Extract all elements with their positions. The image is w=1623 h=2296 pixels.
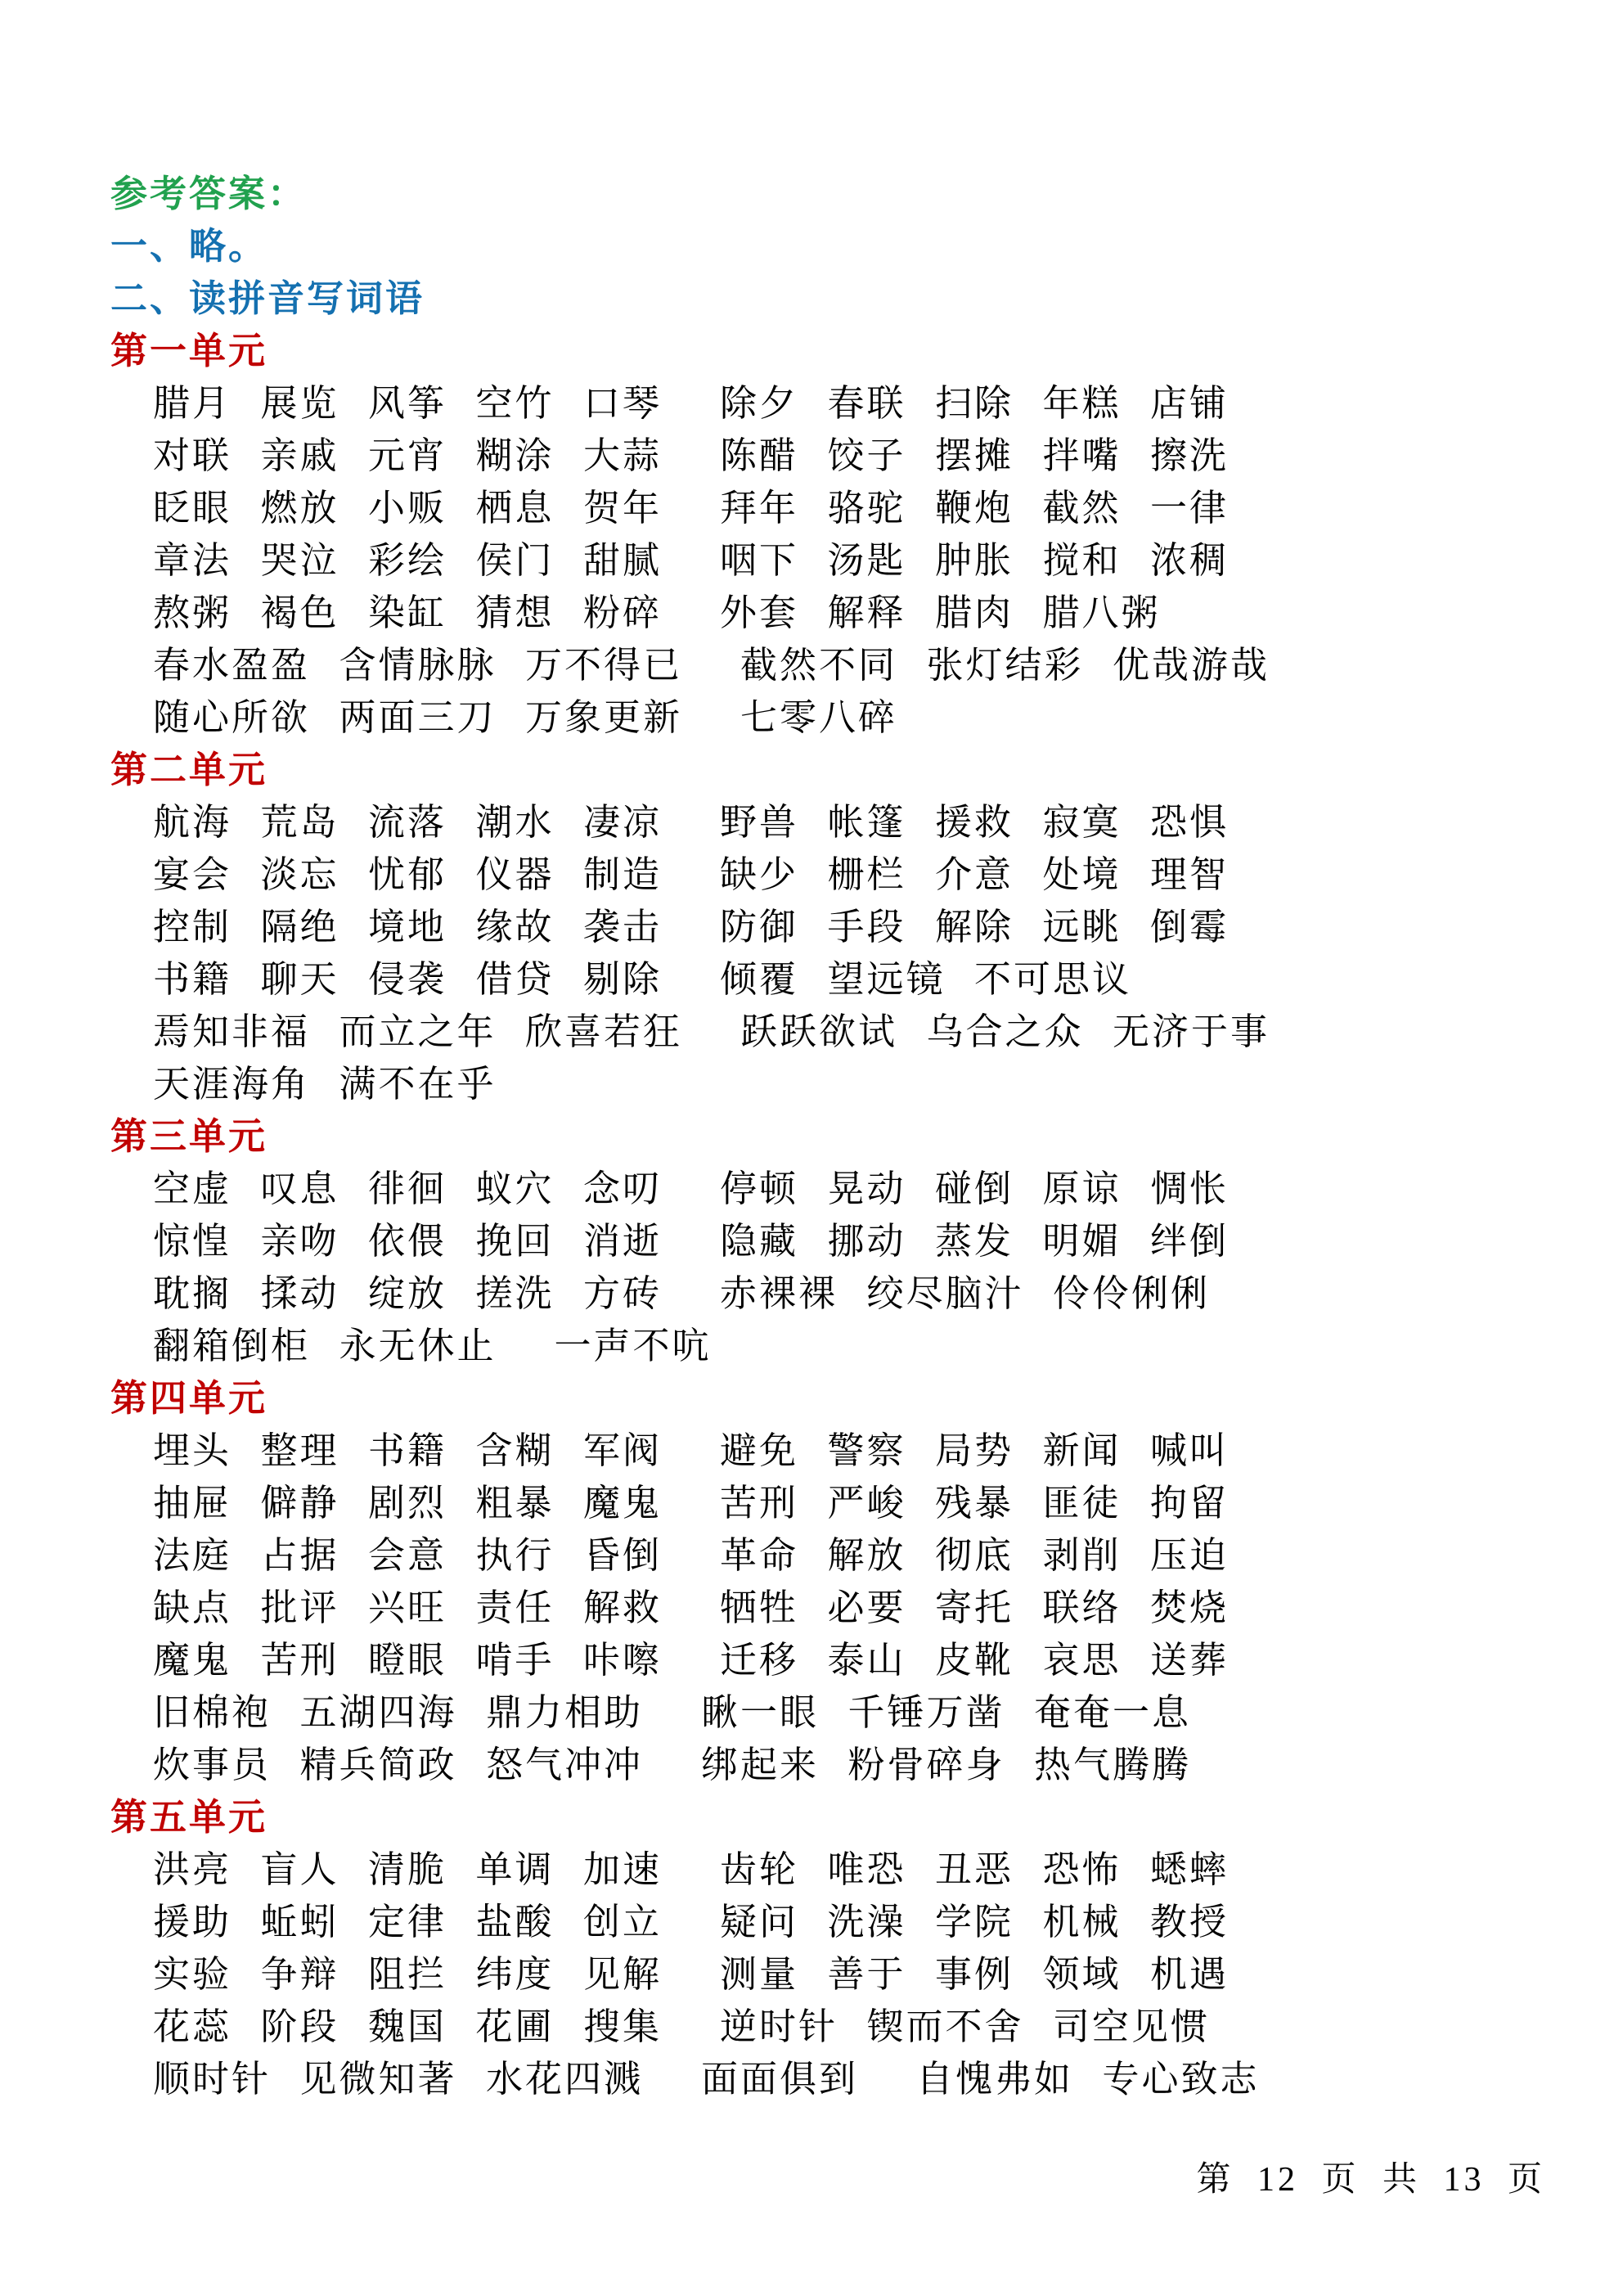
word-line: 空虚 叹息 徘徊 蚁穴 念叨 停顿 晃动 碰倒 原谅 惆怅 [110,1163,1549,1215]
word-line: 实验 争辩 阻拦 纬度 见解 测量 善于 事例 领域 机遇 [110,1948,1549,2001]
word-line: 航海 荒岛 流落 潮水 凄凉 野兽 帐篷 援救 寂寞 恐惧 [110,796,1549,849]
word-line: 援助 蚯蚓 定律 盐酸 创立 疑问 洗澡 学院 机械 教授 [110,1896,1549,1948]
unit-2-heading: 第二单元 [110,744,1549,796]
word-line: 抽屉 僻静 剧烈 粗暴 魔鬼 苦刑 严峻 残暴 匪徒 拘留 [110,1477,1549,1529]
word-line: 熬粥 褐色 染缸 猜想 粉碎 外套 解释 腊肉 腊八粥 [110,587,1549,639]
unit-4-heading: 第四单元 [110,1372,1549,1425]
unit-5-heading: 第五单元 [110,1791,1549,1844]
word-line: 焉知非福 而立之年 欣喜若狂 跃跃欲试 乌合之众 无济于事 [110,1006,1549,1058]
word-line: 埋头 整理 书籍 含糊 军阀 避免 警察 局势 新闻 喊叫 [110,1425,1549,1477]
section-unit-3: 第三单元 空虚 叹息 徘徊 蚁穴 念叨 停顿 晃动 碰倒 原谅 惆怅 惊惶 亲吻… [110,1110,1549,1372]
word-line: 惊惶 亲吻 依偎 挽回 消逝 隐藏 挪动 蒸发 明媚 绊倒 [110,1215,1549,1267]
unit-1-heading: 第一单元 [110,325,1549,377]
section-unit-1: 第一单元 腊月 展览 风筝 空竹 口琴 除夕 春联 扫除 年糕 店铺 对联 亲戚… [110,325,1549,744]
word-line: 花蕊 阶段 魏国 花圃 搜集 逆时针 锲而不舍 司空见惯 [110,2001,1549,2053]
word-line: 对联 亲戚 元宵 糊涂 大蒜 陈醋 饺子 摆摊 拌嘴 擦洗 [110,430,1549,482]
word-line: 法庭 占据 会意 执行 昏倒 革命 解放 彻底 剥削 压迫 [110,1529,1549,1582]
word-line: 洪亮 盲人 清脆 单调 加速 齿轮 唯恐 丑恶 恐怖 蟋蟀 [110,1844,1549,1896]
word-line: 顺时针 见微知著 水花四溅 面面俱到 自愧弗如 专心致志 [110,2053,1549,2105]
section-unit-5: 第五单元 洪亮 盲人 清脆 单调 加速 齿轮 唯恐 丑恶 恐怖 蟋蟀 援助 蚯蚓… [110,1791,1549,2105]
word-line: 耽搁 揉动 绽放 搓洗 方砖 赤裸裸 绞尽脑汁 伶伶俐俐 [110,1267,1549,1320]
word-line: 炊事员 精兵简政 怒气冲冲 绑起来 粉骨碎身 热气腾腾 [110,1739,1549,1791]
word-line: 随心所欲 两面三刀 万象更新 七零八碎 [110,691,1549,744]
word-line: 眨眼 燃放 小贩 栖息 贺年 拜年 骆驼 鞭炮 截然 一律 [110,482,1549,534]
page-footer: 第 12 页 共 13 页 [1196,2154,1545,2206]
word-line: 章法 哭泣 彩绘 侯门 甜腻 咽下 汤匙 肿胀 搅和 浓稠 [110,534,1549,587]
word-line: 翻箱倒柜 永无休止 一声不吭 [110,1320,1549,1372]
word-line: 天涯海角 满不在乎 [110,1058,1549,1110]
unit-3-heading: 第三单元 [110,1110,1549,1163]
word-line: 腊月 展览 风筝 空竹 口琴 除夕 春联 扫除 年糕 店铺 [110,377,1549,430]
word-line: 春水盈盈 含情脉脉 万不得已 截然不同 张灯结彩 优哉游哉 [110,639,1549,691]
document-page: 参考答案： 一、略。 二、读拼音写词语 第一单元 腊月 展览 风筝 空竹 口琴 … [0,0,1623,2296]
word-line: 缺点 批评 兴旺 责任 解救 牺牲 必要 寄托 联络 焚烧 [110,1582,1549,1634]
word-line: 魔鬼 苦刑 瞪眼 啃手 咔嚓 迁移 泰山 皮靴 哀思 送葬 [110,1634,1549,1686]
list-item-two: 二、读拼音写词语 [110,272,1549,325]
section-unit-2: 第二单元 航海 荒岛 流落 潮水 凄凉 野兽 帐篷 援救 寂寞 恐惧 宴会 淡忘… [110,744,1549,1110]
section-unit-4: 第四单元 埋头 整理 书籍 含糊 军阀 避免 警察 局势 新闻 喊叫 抽屉 僻静… [110,1372,1549,1791]
word-line: 控制 隔绝 境地 缘故 袭击 防御 手段 解除 远眺 倒霉 [110,901,1549,953]
answers-heading: 参考答案： [110,168,1549,220]
word-line: 书籍 聊天 侵袭 借贷 剔除 倾覆 望远镜 不可思议 [110,953,1549,1006]
word-line: 旧棉袍 五湖四海 鼎力相助 瞅一眼 千锤万凿 奄奄一息 [110,1686,1549,1739]
list-item-one: 一、略。 [110,220,1549,272]
word-line: 宴会 淡忘 忧郁 仪器 制造 缺少 栅栏 介意 处境 理智 [110,849,1549,901]
